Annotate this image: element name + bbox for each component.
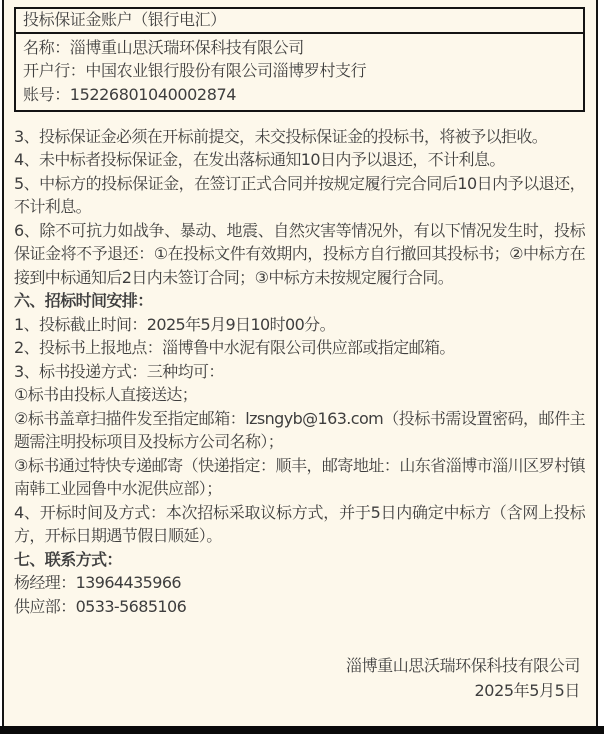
bank-account-name-line: 名称：淄博重山思沃瑞环保科技有限公司 [23, 36, 576, 59]
contact-supply-dept-phone: 供应部：0533-5685106 [14, 595, 585, 619]
bottom-edge-bar [0, 726, 604, 734]
section-7-heading-contact: 七、联系方式： [14, 548, 585, 572]
bank-account-table: 投标保证金账户（银行电汇） 名称：淄博重山思沃瑞环保科技有限公司 开户行：中国农… [14, 7, 585, 112]
schedule-3-delivery-methods: 3、标书投递方式：三种均可： [14, 360, 585, 384]
delivery-method-1-direct: ①标书由投标人直接送达； [14, 383, 585, 407]
bank-branch-line: 开户行：中国农业银行股份有限公司淄博罗村支行 [23, 59, 576, 82]
schedule-4-bid-opening: 4、开标时间及方式：本次招标采取议标方式，并于5日内确定中标方（含网上投标方，开… [14, 501, 585, 548]
document-content: 投标保证金账户（银行电汇） 名称：淄博重山思沃瑞环保科技有限公司 开户行：中国农… [4, 0, 596, 618]
delivery-method-3-courier: ③标书通过特快专递邮寄（快递指定：顺丰，邮寄地址：山东省淄博市淄川区罗村镇南韩工… [14, 454, 585, 501]
signature-date: 2025年5月5日 [346, 678, 580, 703]
signature-block: 淄博重山思沃瑞环保科技有限公司 2025年5月5日 [346, 653, 580, 703]
signature-company: 淄博重山思沃瑞环保科技有限公司 [346, 653, 580, 678]
bank-account-number-line: 账号：15226801040002874 [23, 83, 576, 106]
contact-manager-phone: 杨经理：13964435966 [14, 571, 585, 595]
schedule-1-bid-deadline: 1、投标截止时间：2025年5月9日10时00分。 [14, 313, 585, 337]
clause-5-refund-winner: 5、中标方的投标保证金，在签订正式合同并按规定履行完合同后10日内予以退还，不计… [14, 172, 585, 219]
bank-table-header: 投标保证金账户（银行电汇） [15, 8, 584, 33]
schedule-2-submission-location: 2、投标书上报地点：淄博鲁中水泥有限公司供应部或指定邮箱。 [14, 336, 585, 360]
clause-3-bid-bond-submission: 3、投标保证金必须在开标前提交，未交投标保证金的投标书，将被予以拒收。 [14, 125, 585, 149]
section-6-heading-schedule: 六、招标时间安排： [14, 289, 585, 313]
bank-table-body: 名称：淄博重山思沃瑞环保科技有限公司 开户行：中国农业银行股份有限公司淄博罗村支… [15, 33, 584, 111]
document-page: 投标保证金账户（银行电汇） 名称：淄博重山思沃瑞环保科技有限公司 开户行：中国农… [2, 0, 598, 726]
clause-6-forfeit-conditions: 6、除不可抗力如战争、暴动、地震、自然灾害等情况外，有以下情况发生时，投标保证金… [14, 219, 585, 290]
clause-4-refund-non-winner: 4、未中标者投标保证金，在发出落标通知10日内予以退还，不计利息。 [14, 148, 585, 172]
delivery-method-2-email: ②标书盖章扫描件发至指定邮箱：lzsngyb@163.com（投标书需设置密码，… [14, 407, 585, 454]
